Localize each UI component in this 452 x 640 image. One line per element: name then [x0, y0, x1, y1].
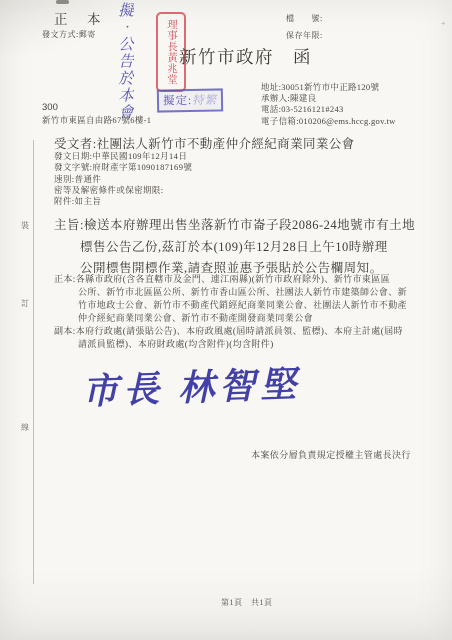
subject-line: 主旨:檢送本府辦理出售坐落新竹市崙子段2086-24地號市有土地	[54, 215, 429, 237]
subject-paragraph: 主旨:檢送本府辦理出售坐落新竹市崙子段2086-24地號市有土地 標售公告乙份,…	[54, 215, 429, 280]
recipient-postal-code: 300	[42, 102, 58, 113]
agency-contact-person: 承辦人:陳建良	[261, 93, 396, 104]
delegation-note: 本案依分層負責規定授權主管處長決行	[251, 448, 411, 461]
file-reference-block: 檔 號: 保存年限:	[286, 11, 323, 44]
agency-contact-block: 地址:30051新竹市中正路120號 承辦人:陳建良 電話:03-5216121…	[261, 82, 396, 127]
security-class-line: 密等及解密條件或保密期限:	[54, 185, 192, 196]
cc-recipients-line: 副本:本府行政處(請張貼公告)、本府政風處(屆時請派員領、監標)、本府主計處(屆…	[54, 325, 426, 338]
document-title: 新竹市政府 函	[179, 44, 312, 69]
agency-address: 地址:30051新竹市中正路120號	[261, 82, 396, 93]
send-method-label: 發文方式:郵寄	[42, 29, 96, 40]
recipient-street-address: 新竹市東區自由路67號6樓-1	[42, 114, 151, 126]
issue-number-line: 發文字號:府財產字第1090187169號	[54, 162, 192, 173]
scan-smudge-mark	[56, 0, 69, 4]
agency-email: 電子信箱:010206@ems.hccg.gov.tw	[261, 116, 396, 127]
original-recipients-line: 公所、新竹市北區區公所、新竹市香山區公所、社團法人新竹市建築師公會、新	[54, 286, 426, 299]
scanned-official-letter: + 正 本 發文方式:郵寄 檔 號: 保存年限: 擬‧公告於本會 理事長黃兆堂 …	[0, 0, 452, 640]
attachment-line: 附件:如主旨	[54, 196, 192, 207]
copy-type-label: 正 本	[54, 8, 104, 28]
mayor-signature: 市長 林智堅	[81, 356, 302, 415]
issue-date-line: 發文日期:中華民國109年12月14日	[54, 151, 192, 162]
draft-approval-stamp: 擬定:特繁	[157, 88, 224, 112]
recipient-line: 受文者:社團法人新竹市不動產仲介經紀商業同業公會	[54, 134, 355, 152]
agency-phone: 電話:03-5216121#243	[261, 104, 396, 115]
original-recipients-line: 仲介經紀商業同業公會、新竹市不動產開發商業同業公會	[54, 312, 426, 325]
scan-artifact-plus: +	[441, 19, 446, 28]
cc-recipients-paragraph: 副本:本府行政處(請張貼公告)、本府政風處(屆時請派員領、監標)、本府主計處(屆…	[54, 325, 426, 351]
draft-stamp-signature: 特繁	[192, 95, 217, 107]
draft-stamp-label: 擬定:	[163, 95, 192, 108]
binding-margin-line	[33, 140, 34, 584]
page-number-footer: 第1頁 共1頁	[221, 597, 273, 608]
subject-line: 標售公告乙份,茲訂於本(109)年12月28日上午10時辦理	[54, 237, 429, 259]
file-number-label: 檔 號:	[286, 11, 323, 28]
binding-mark-xian: 線	[21, 422, 29, 433]
speed-class-line: 速別:普通件	[54, 174, 192, 185]
original-recipients-paragraph: 正本:各縣市政府(含各直轄市及金門、連江兩縣)(新竹市政府除外)、新竹市東區區 …	[54, 273, 426, 325]
binding-mark-zhuang: 裝	[21, 220, 29, 231]
original-recipients-line: 竹市地政士公會、新竹市不動產代銷經紀商業同業公會、社團法人新竹市不動產	[54, 299, 426, 312]
binding-mark-ding: 訂	[21, 298, 29, 309]
cc-recipients-line: 請派員監標)、本府財政處(均含附件)(均含附件)	[54, 338, 426, 351]
document-meta-block: 發文日期:中華民國109年12月14日 發文字號:府財產字第1090187169…	[54, 151, 192, 207]
original-recipients-line: 正本:各縣市政府(含各直轄市及金門、連江兩縣)(新竹市政府除外)、新竹市東區區	[54, 273, 426, 286]
retention-period-label: 保存年限:	[286, 28, 323, 45]
